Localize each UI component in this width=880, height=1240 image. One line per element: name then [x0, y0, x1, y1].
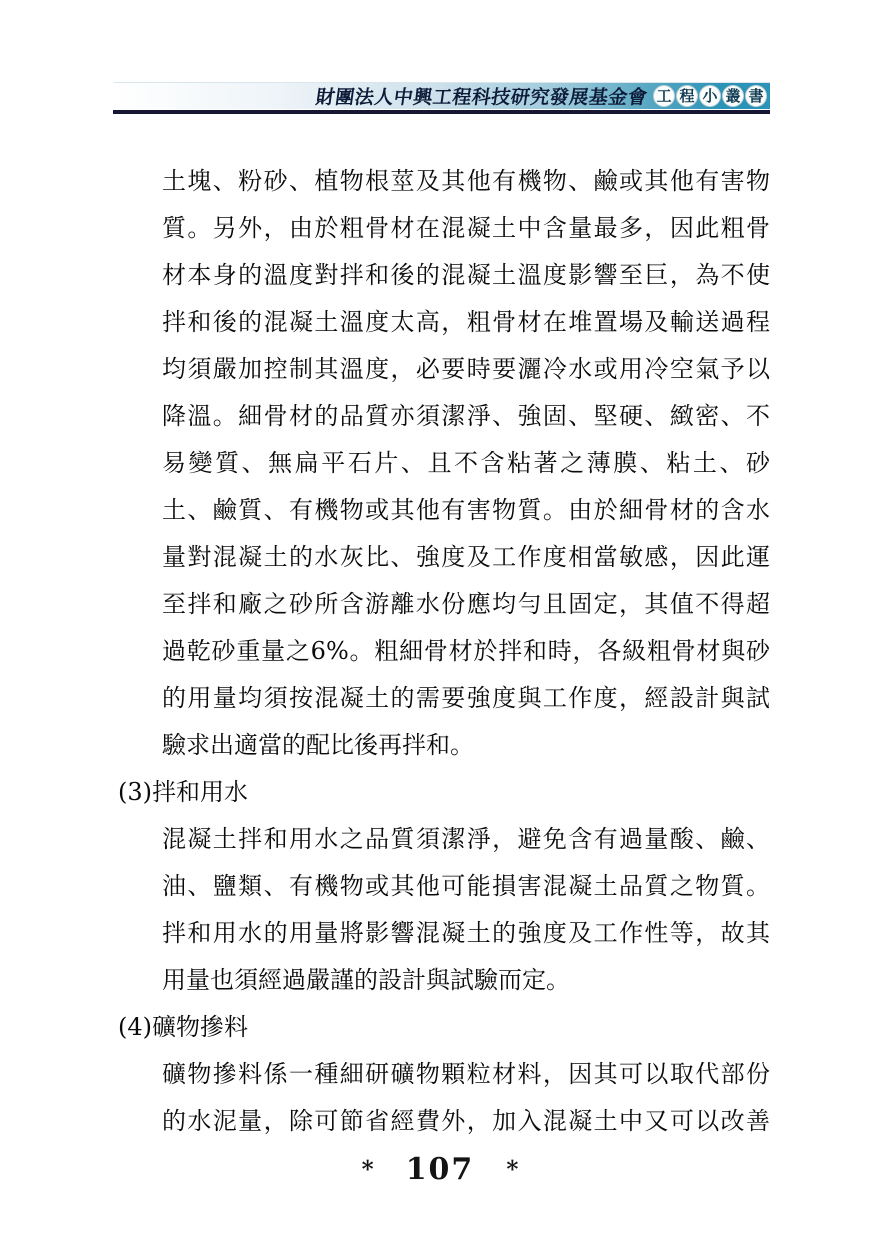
section-heading-mixing-water: (3)拌和用水	[118, 769, 770, 816]
series-badges: 工 程 小 叢 書	[653, 85, 767, 107]
text-line: 土、鹼質、有機物或其他有害物質。由於細骨材的含水	[162, 487, 770, 534]
text-line: 降溫。細骨材的品質亦須潔淨、強固、堅硬、緻密、不	[162, 393, 770, 440]
text-line: 土塊、粉砂、植物根莖及其他有機物、鹼或其他有害物	[162, 158, 770, 205]
text-line: 至拌和廠之砂所含游離水份應均勻且固定，其值不得超	[162, 581, 770, 628]
text-line: 過乾砂重量之6%。粗細骨材於拌和時，各級粗骨材與砂	[162, 628, 770, 675]
header-title: 財團法人中興工程科技研究發展基金會	[315, 83, 650, 110]
text-line: 量對混凝土的水灰比、強度及工作度相當敏感，因此運	[162, 534, 770, 581]
badge-circle: 叢	[722, 85, 744, 107]
text-line: 混凝土拌和用水之品質須潔淨，避免含有過量酸、鹼、	[162, 816, 770, 863]
body-text: 土塊、粉砂、植物根莖及其他有機物、鹼或其他有害物 質。另外，由於粗骨材在混凝土中…	[118, 158, 770, 1145]
text-line: 礦物摻料係一種細研礦物顆粒材料，因其可以取代部份	[162, 1051, 770, 1098]
badge-circle: 工	[653, 85, 675, 107]
text-line: 均須嚴加控制其溫度，必要時要灑冷水或用冷空氣予以	[162, 346, 770, 393]
text-line: 拌和用水的用量將影響混凝土的強度及工作性等，故其	[162, 910, 770, 957]
section-heading-mineral-admixtures: (4)礦物摻料	[118, 1004, 770, 1051]
text-line: 材本身的溫度對拌和後的混凝土溫度影響至巨，為不使	[162, 252, 770, 299]
text-line: 拌和後的混凝土溫度太高，粗骨材在堆置場及輸送過程	[162, 299, 770, 346]
text-line: 質。另外，由於粗骨材在混凝土中含量最多，因此粗骨	[162, 205, 770, 252]
badge-circle: 程	[676, 85, 698, 107]
header-bar: 財團法人中興工程科技研究發展基金會 工 程 小 叢 書	[114, 82, 770, 109]
header-rule	[113, 110, 770, 114]
badge-circle: 小	[699, 85, 721, 107]
text-line: 用量也須經過嚴謹的設計與試驗而定。	[162, 957, 770, 1004]
text-line: 的用量均須按混凝土的需要強度與工作度，經設計與試	[162, 675, 770, 722]
text-line: 油、鹽類、有機物或其他可能損害混凝土品質之物質。	[162, 863, 770, 910]
asterisk-icon: *	[506, 1156, 518, 1183]
asterisk-icon: *	[362, 1156, 374, 1183]
badge-circle: 書	[745, 85, 767, 107]
text-line: 驗求出適當的配比後再拌和。	[162, 722, 770, 769]
text-line: 的水泥量，除可節省經費外，加入混凝土中又可以改善	[162, 1098, 770, 1145]
page-footer: * 107 *	[0, 1146, 880, 1192]
text-line: 易變質、無扁平石片、且不含粘著之薄膜、粘土、砂	[162, 440, 770, 487]
page-number: 107	[406, 1152, 475, 1187]
document-page: 財團法人中興工程科技研究發展基金會 工 程 小 叢 書 土塊、粉砂、植物根莖及其…	[0, 0, 880, 1240]
